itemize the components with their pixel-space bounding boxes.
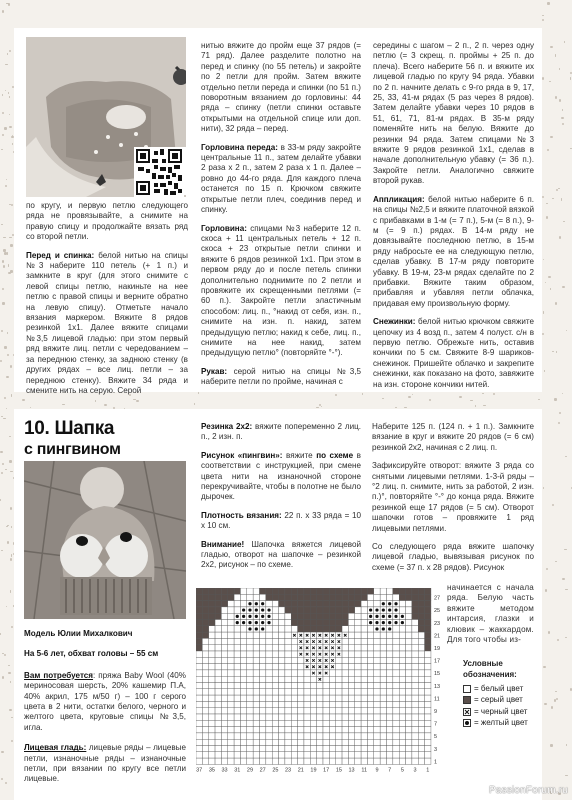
left-continuation-text: по кругу, и первую петлю следующего ряда… (26, 201, 188, 243)
chart-grid: 1357911131517192123252737353331292725232… (196, 588, 446, 783)
svg-text:17: 17 (434, 659, 440, 665)
svg-text:15: 15 (336, 767, 342, 773)
sleeve-heading: Рукав: (201, 367, 227, 376)
svg-text:21: 21 (434, 633, 440, 639)
materials-section: Вам потребуется: пряжа Baby Wool (40% ме… (24, 671, 186, 733)
hat-right-continuation: начинается с начала ряда. Белую часть вя… (447, 583, 534, 653)
hat-photo (24, 461, 186, 619)
penguin-chart: 1357911131517192123252737353331292725232… (196, 588, 446, 788)
title-line-2: с пингвином (24, 439, 121, 460)
svg-text:5: 5 (401, 767, 404, 773)
front-neck-text: в 33-м ряду закройте центральные 11 п., … (201, 143, 361, 214)
chart-legend: Условные обозначения: = белый цвет= серы… (463, 659, 543, 729)
pattern-instructions-text: Со следующего ряда вяжите шапочку лицево… (372, 542, 534, 573)
svg-text:31: 31 (234, 767, 240, 773)
svg-text:25: 25 (272, 767, 278, 773)
pattern-text-a: вяжите (282, 451, 316, 460)
hat-middle-column: Резинка 2х2: вяжите попеременно 2 лиц. п… (201, 422, 361, 579)
pattern-section: Рисунок «пингвин»: вяжите по схеме в соо… (201, 451, 361, 503)
size-info: На 5-6 лет, обхват головы – 55 см (24, 649, 186, 659)
legend-label: = желтый цвет (474, 718, 528, 729)
top-middle-column: нитью вяжите до пройм еще 37 рядов (= 71… (201, 41, 361, 396)
svg-text:33: 33 (222, 767, 228, 773)
front-back-text: белой нитью на спицы №3 наберите 110 пет… (26, 251, 188, 395)
applique-section: Аппликация: белой нитью наберите 6 п. на… (373, 195, 534, 309)
middle-text: нитью вяжите до пройм еще 37 рядов (= 71… (201, 41, 361, 135)
pattern-bold-ref: по схеме (316, 451, 353, 460)
svg-text:9: 9 (375, 767, 378, 773)
hat-right-column: Наберите 125 п. (124 п. + 1 п.). Замкнит… (372, 422, 534, 573)
svg-text:9: 9 (434, 709, 437, 715)
designer-credit: Модель Юлии Михалкович (24, 629, 186, 639)
neck-heading: Горловина: (201, 224, 247, 233)
hat-left-column: Модель Юлии Михалкович На 5-6 лет, обхва… (24, 629, 186, 785)
svg-text:3: 3 (414, 767, 417, 773)
svg-text:19: 19 (310, 767, 316, 773)
legend-label: = серый цвет (474, 695, 523, 706)
white-swatch-icon (463, 685, 471, 693)
svg-text:1: 1 (426, 767, 429, 773)
materials-heading: Вам потребуется (24, 671, 93, 680)
snowflakes-text: белой нитью крючком свяжите цепочку из 4… (373, 317, 534, 388)
front-back-heading: Перед и спинка: (26, 251, 94, 260)
applique-heading: Аппликация: (373, 195, 425, 204)
pattern-continuation-text: начинается с начала ряда. Белую часть вя… (447, 583, 534, 645)
svg-text:7: 7 (388, 767, 391, 773)
legend-item: = черный цвет (463, 706, 543, 718)
svg-text:29: 29 (247, 767, 253, 773)
front-neck-section: Горловина переда: в 33-м ряду закройте ц… (201, 143, 361, 216)
neck-section: Горловина: спицами №3 наберите 12 п. ско… (201, 224, 361, 359)
legend-item: = серый цвет (463, 695, 543, 707)
svg-text:7: 7 (434, 722, 437, 728)
front-neck-heading: Горловина переда: (201, 143, 278, 152)
legend-label: = белый цвет (474, 684, 523, 695)
front-back-section: Перед и спинка: белой нитью на спицы №3 … (26, 251, 188, 397)
svg-text:13: 13 (434, 684, 440, 690)
brim-text: Зафиксируйте отворот: вяжите 3 ряда со с… (372, 461, 534, 534)
dot-swatch-icon (463, 719, 471, 727)
legend-item: = желтый цвет (463, 718, 543, 730)
snowflakes-section: Снежинки: белой нитью крючком свяжите це… (373, 317, 534, 390)
svg-text:11: 11 (361, 767, 367, 773)
sleeve-section: Рукав: серой нитью на спицы №3,5 наберит… (201, 367, 361, 388)
svg-text:21: 21 (298, 767, 304, 773)
grey-swatch-icon (463, 696, 471, 704)
svg-text:23: 23 (434, 621, 440, 627)
title-line-1: 10. Шапка (24, 418, 121, 439)
hat-illustration (24, 461, 186, 619)
applique-text: белой нитью наберите 6 п. на спицы №2,5 … (373, 195, 534, 308)
stockinette-section: Лицевая гладь: лицевые ряды – лицевые пе… (24, 743, 186, 785)
right-text: середины с шагом – 2 п., 2 п. через одну… (373, 41, 534, 187)
legend-item: = белый цвет (463, 683, 543, 695)
svg-text:17: 17 (323, 767, 329, 773)
svg-text:13: 13 (349, 767, 355, 773)
svg-text:35: 35 (209, 767, 215, 773)
qr-code-graphic (134, 147, 184, 197)
svg-text:25: 25 (434, 608, 440, 614)
legend-label: = черный цвет (474, 707, 527, 718)
watermark: PassionForum.ru (489, 785, 568, 796)
svg-text:3: 3 (434, 747, 437, 753)
svg-text:27: 27 (260, 767, 266, 773)
attention-section: Внимание! Шапочка вяжется лицевой гладью… (201, 540, 361, 571)
attention-heading: Внимание! (201, 540, 244, 549)
top-right-column: середины с шагом – 2 п., 2 п. через одну… (373, 41, 534, 398)
snowflakes-heading: Снежинки: (373, 317, 415, 326)
neck-text: спицами №3 наберите 12 п. скоса + 11 цен… (201, 224, 361, 358)
cast-on-text: Наберите 125 п. (124 п. + 1 п.). Замкнит… (372, 422, 534, 453)
svg-text:1: 1 (434, 759, 437, 765)
pattern-heading: Рисунок «пингвин»: (201, 451, 282, 460)
svg-text:5: 5 (434, 734, 437, 740)
gauge-section: Плотность вязания: 22 п. х 33 ряда = 10 … (201, 511, 361, 532)
project-title: 10. Шапка с пингвином (24, 418, 121, 460)
rib-section: Резинка 2х2: вяжите попеременно 2 лиц. п… (201, 422, 361, 443)
cross-swatch-icon (463, 708, 471, 716)
svg-text:23: 23 (285, 767, 291, 773)
svg-text:11: 11 (434, 696, 440, 702)
gauge-heading: Плотность вязания: (201, 511, 282, 520)
rib-heading: Резинка 2х2: (201, 422, 252, 431)
top-left-column: по кругу, и первую петлю следующего ряда… (26, 201, 188, 404)
legend-heading: Условные обозначения: (463, 659, 543, 680)
svg-text:15: 15 (434, 671, 440, 677)
svg-text:19: 19 (434, 646, 440, 652)
legend-items: = белый цвет= серый цвет= черный цвет= ж… (463, 683, 543, 729)
svg-text:37: 37 (196, 767, 202, 773)
svg-text:27: 27 (434, 596, 440, 602)
stockinette-heading: Лицевая гладь: (24, 743, 86, 752)
